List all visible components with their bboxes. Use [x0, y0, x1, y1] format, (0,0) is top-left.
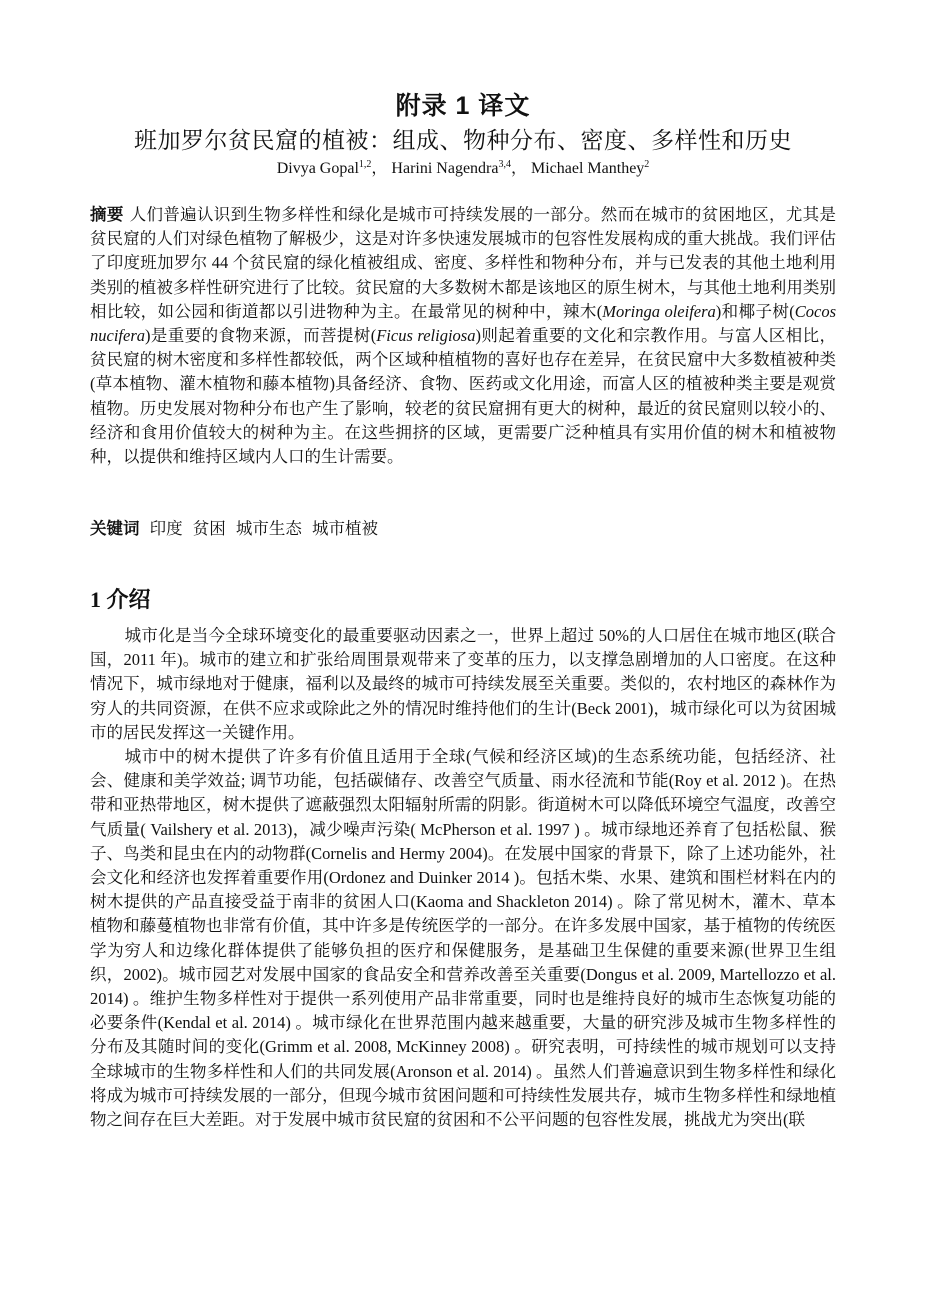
keyword: 城市植被	[312, 519, 378, 538]
author-name: Divya Gopal	[277, 160, 359, 177]
paragraph: 城市中的树木提供了许多有价值且适用于全球(气候和经济区域)的生态系统功能，包括经…	[90, 745, 836, 1132]
appendix-title: 附录 1 译文	[90, 90, 836, 122]
author-separator: ，	[371, 160, 387, 177]
section-heading: 1 介绍	[90, 585, 151, 615]
abstract-text: )和椰子树(	[716, 302, 795, 321]
species-name: Ficus religiosa	[376, 326, 475, 345]
keyword: 贫困	[193, 519, 226, 538]
section-body: 城市化是当今全球环境变化的最重要驱动因素之一，世界上超过 50%的人口居住在城市…	[90, 624, 836, 1132]
abstract-label: 摘要	[90, 206, 124, 224]
paragraph: 城市化是当今全球环境变化的最重要驱动因素之一，世界上超过 50%的人口居住在城市…	[90, 624, 836, 745]
abstract-text: )则起着重要的文化和宗教作用。与富人区相比，贫民窟的树木密度和多样性都较低，两个…	[90, 326, 836, 466]
abstract-text: )是重要的食物来源，而菩提树(	[145, 326, 376, 345]
keyword: 印度	[150, 519, 183, 538]
author-separator: ，	[511, 160, 527, 177]
keyword: 城市生态	[236, 519, 302, 538]
abstract: 摘要人们普遍认识到生物多样性和绿化是城市可持续发展的一部分。然而在城市的贫困地区…	[90, 203, 836, 469]
author-affiliation: 1,2	[359, 159, 372, 170]
keywords-label: 关键词	[90, 520, 140, 538]
author-name: Michael Manthey	[531, 160, 644, 177]
paper-title: 班加罗尔贫民窟的植被：组成、物种分布、密度、多样性和历史	[70, 126, 856, 156]
author-affiliation: 2	[644, 159, 649, 170]
author-affiliation: 3,4	[498, 159, 511, 170]
author-list: Divya Gopal1,2， Harini Nagendra3,4， Mich…	[90, 158, 836, 180]
keywords: 关键词 印度 贫困 城市生态 城市植被	[90, 517, 836, 541]
author-name: Harini Nagendra	[391, 160, 498, 177]
species-name: Moringa oleifera	[602, 302, 716, 321]
